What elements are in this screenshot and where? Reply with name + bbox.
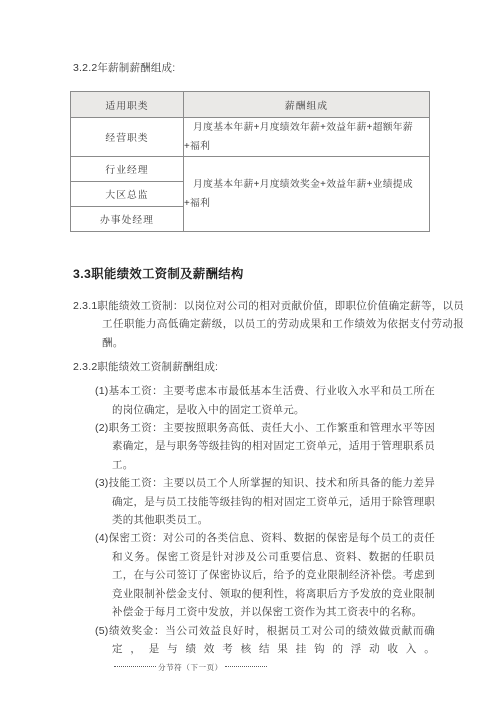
section-break-dots-right (225, 666, 267, 667)
section-break-label: 分节符（下一页） (158, 663, 223, 672)
cell-composition-annual: 月度基本年薪+月度绩效年薪+效益年薪+超额年薪+福利 (184, 118, 430, 157)
salary-items-list: (1)基本工资：主要考虑本市最低基本生活费、行业收入水平和员工所在的岗位确定，是… (95, 382, 435, 678)
list-item-basic-wage: (1)基本工资：主要考虑本市最低基本生活费、行业收入水平和员工所在的岗位确定，是… (95, 382, 435, 419)
section-232-label: 2.3.2职能绩效工资制薪酬组成: (73, 361, 500, 374)
section-break-marker: 分节符（下一页） (112, 661, 269, 673)
cell-category-region-director: 大区总监 (71, 182, 184, 207)
list-item-position-wage: (2)职务工资：主要按照职务高低、责任大小、工作繁重和管理水平等因素确定，是与职… (95, 419, 435, 474)
table-header-row: 适用职类 薪酬组成 (71, 92, 430, 118)
table-row: 经营职类 月度基本年薪+月度绩效年薪+效益年薪+超额年薪+福利 (71, 118, 430, 157)
cell-category-office-manager: 办事处经理 (71, 207, 184, 232)
document-page: 3.2.2年薪制薪酬组成: 适用职类 薪酬组成 经营职类 月度基本年薪+月度绩效… (0, 0, 500, 706)
list-item-performance-bonus-text: (5)绩效奖金：当公司效益良好时，根据员工对公司的绩效做贡献而确定，是与绩效考核… (95, 625, 435, 655)
list-item-skill-wage: (3)技能工资：主要以员工个人所掌握的知识、技术和所具备的能力差异确定，是与员工… (95, 474, 435, 529)
column-header-applicable-category: 适用职类 (71, 92, 184, 118)
section-break-dots-left (114, 666, 156, 667)
paragraph-231: 2.3.1职能绩效工资制：以岗位对公司的相对贡献价值，即职位价值确定薪等，以员工… (73, 297, 464, 352)
cell-category-industry-manager: 行业经理 (71, 157, 184, 182)
cell-category-operating: 经营职类 (71, 118, 184, 157)
table-row: 行业经理 月度基本年薪+月度绩效奖金+效益年薪+业绩提成+福利 (71, 157, 430, 182)
column-header-salary-composition: 薪酬组成 (184, 92, 430, 118)
list-item-performance-bonus: (5)绩效奖金：当公司效益良好时，根据员工对公司的绩效做贡献而确定，是与绩效考核… (95, 622, 435, 678)
salary-composition-table: 适用职类 薪酬组成 经营职类 月度基本年薪+月度绩效年薪+效益年薪+超额年薪+福… (70, 91, 430, 232)
list-item-confidentiality-wage: (4)保密工资：对公司的各类信息、资料、数据的保密是每个员工的责任和义务。保密工… (95, 529, 435, 621)
section-322-label: 3.2.2年薪制薪酬组成: (73, 62, 500, 75)
cell-composition-group: 月度基本年薪+月度绩效奖金+效益年薪+业绩提成+福利 (184, 157, 430, 232)
section-33-heading: 3.3职能绩效工资制及薪酬结构 (73, 264, 500, 282)
